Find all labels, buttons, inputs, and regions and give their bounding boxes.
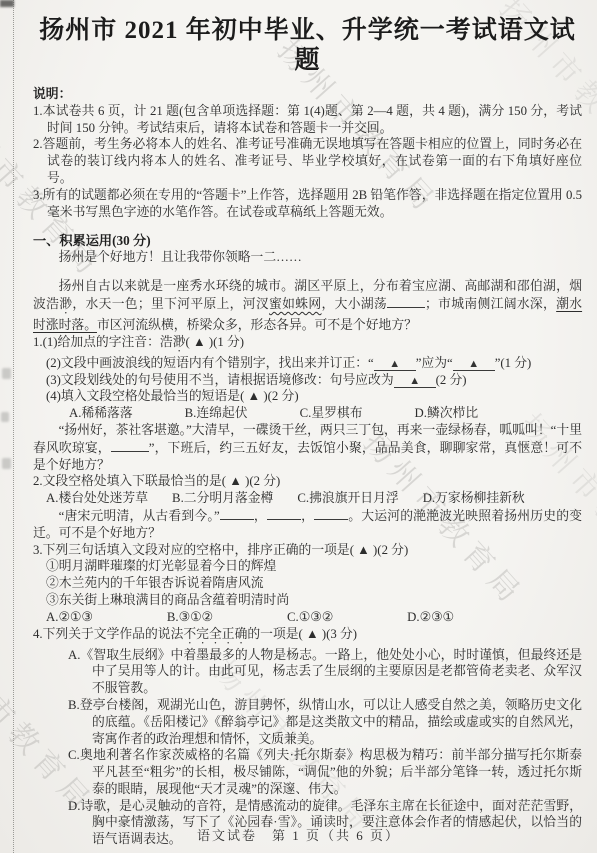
question-1-3: (3)文段划线处的句号使用不当，请根据语境修改：句号应改为▲(2 分) <box>46 372 582 389</box>
passage-1: 扬州自古以来就是一座秀水环绕的城市。湖区平原上，分布着宝应湖、高邮湖和邵伯湖，烟… <box>33 278 582 334</box>
option-c: C.①③② <box>287 609 333 626</box>
passage-3: “唐宋元明清，从古看到今。”，，。大运河的滟滟波光映照着扬州历史的变迁。可不是个… <box>33 507 582 542</box>
question-1-4: (4)填入文段空格处最恰当的短语是( ▲ )(2 分) <box>46 388 582 405</box>
option-a: A.稀稀落落 <box>69 405 133 422</box>
answer-blank-triangle: ▲ <box>394 375 436 388</box>
fill-blank-line <box>314 507 348 520</box>
question-2: 2.文段空格处填入下联最恰当的是( ▲ )(2 分) <box>33 473 582 490</box>
question-1-2: (2)文段中画波浪线的短语内有个错别字，找出来并订正：“▲”应为“▲”(1 分) <box>46 355 582 372</box>
passage-1-text: ；市城南侧江阔水深， <box>425 297 556 311</box>
question-1-3-text: (2 分) <box>436 373 467 387</box>
question-1-3-text: (3)文段划线处的句号使用不当，请根据语境修改：句号应改为 <box>46 373 394 387</box>
question-1-2-text: (2)文段中画波浪线的短语内有个错别字，找出来并订正：“ <box>46 356 374 370</box>
question-4-text: 4.下列关于文学作品的说法 <box>33 627 183 641</box>
passage-1-text: 市区河流纵横，桥梁众多，形态各异。可不是个好地方？ <box>97 318 417 332</box>
question-3-item-3: ③东关街上琳琅满目的商品含蕴着明清时尚 <box>46 592 582 609</box>
question-4-option-b: B.登亭台楼阁，观湖光山色，游目骋怀，纵情山水，可以让人感受自然之美，领略历史文… <box>68 697 582 747</box>
dotted-char-miao: 渺 <box>59 297 72 311</box>
option-a: A.②①③ <box>46 609 93 626</box>
fill-blank-line <box>387 295 425 308</box>
question-4: 4.下列关于文学作品的说法不完全正确的一项是( ▲ )(3 分) <box>33 626 582 647</box>
paper-content: 扬州市 2021 年初中毕业、升学统一考试语文试题 说明： 1.本试卷共 6 页… <box>0 0 597 848</box>
fill-blank-line <box>267 507 301 520</box>
question-3-options: A.②①③ B.③①② C.①③② D.②③① <box>46 609 582 626</box>
option-a: A.楼台处处迷芳草 <box>46 490 148 507</box>
instruction-item-1: 1.本试卷共 6 页，计 21 题(包含单项选择题：第 1(4)题、第 2—4 … <box>33 103 582 137</box>
answer-blank-triangle: ▲ <box>453 358 495 371</box>
instruction-item-2: 2.答题前，考生务必将本人的姓名、准考证号准确无误地填写在答题卡相应的位置上，同… <box>33 136 582 186</box>
page-footer: 语文试卷 第 1 页（共 6 页） <box>0 825 597 844</box>
question-1-1-text: ( ▲ )(1 分) <box>186 335 245 349</box>
passage-3-text: “唐宋元明清，从古看到今。” <box>59 509 220 523</box>
passage-1-text: ，水天一色；里下河平原上，河汊 <box>72 297 269 311</box>
dotted-emphasis-phrase: 不完全正确 <box>183 627 247 641</box>
question-2-options: A.楼台处处迷芳草 B.二分明月落金樽 C.拂浪旗开日月浮 D.万家杨柳挂新秋 <box>46 490 582 507</box>
paper-title: 扬州市 2021 年初中毕业、升学统一考试语文试题 <box>33 16 582 76</box>
question-1-1-text: 1.(1)给加点的字注音：浩 <box>33 335 173 349</box>
fill-blank-line <box>111 439 149 452</box>
exam-paper-page: 扬州市教育局 扬州市教育局 扬州市教育局 扬州市教育局 扬州市教育局 扬州市教育… <box>0 0 597 853</box>
question-1-2-text: ”(1 分) <box>495 356 532 370</box>
option-d: D.②③① <box>407 609 454 626</box>
question-1-1: 1.(1)给加点的字注音：浩渺( ▲ )(1 分) <box>33 334 582 355</box>
option-b: B.③①② <box>167 609 213 626</box>
question-4-option-c: C.奥地利著名作家茨威格的名篇《列夫·托尔斯泰》构思极为精巧：前半部分描写托尔斯… <box>68 747 582 797</box>
section-intro: 扬州是个好地方！且让我带你领略一二…… <box>33 249 582 266</box>
instructions-heading: 说明： <box>33 86 582 103</box>
passage-1-text: ，大小湖荡 <box>321 297 387 311</box>
wavy-underlined-phrase: 蜜如蛛网 <box>269 297 321 311</box>
question-3-item-1: ①明月湖畔璀璨的灯光彰显着今日的辉煌 <box>46 558 582 575</box>
passage-2: “扬州好，茶社客堪邀。”大清早，一碟烫干丝，两只三丁包，再来一壶绿杨春，呱呱叫！… <box>33 422 582 473</box>
option-c: C.拂浪旗开日月浮 <box>297 490 398 507</box>
option-d: D.鳞次栉比 <box>415 405 479 422</box>
question-1-2-text: ”应为“ <box>416 356 453 370</box>
passage-3-text: ， <box>301 509 314 523</box>
instruction-item-3: 3.所有的试题都必须在专用的“答题卡”上作答，选择题用 2B 铅笔作答，非选择题… <box>33 187 582 221</box>
option-b: B.连绵起伏 <box>185 405 248 422</box>
question-3: 3.下列三句话填入文段对应的空格中，排序正确的一项是( ▲ )(2 分) <box>33 542 582 559</box>
question-1-options: A.稀稀落落 B.连绵起伏 C.星罗棋布 D.鳞次栉比 <box>69 405 582 422</box>
passage-3-text: ， <box>254 509 267 523</box>
question-4-option-a: A.《智取生辰纲》中着墨最多的人物是杨志。一路上，他处处小心，时时谨慎，但最终还… <box>68 647 582 697</box>
question-3-item-2: ②木兰苑内的千年银杏诉说着隋唐风流 <box>46 575 582 592</box>
option-b: B.二分明月落金樽 <box>172 490 273 507</box>
question-4-text: 的一项是( ▲ )(3 分) <box>247 627 357 641</box>
dotted-char-miao: 渺 <box>173 335 186 349</box>
option-d: D.万家杨柳挂新秋 <box>423 490 525 507</box>
answer-blank-triangle: ▲ <box>374 358 416 371</box>
section-heading: 一、积累运用(30 分) <box>33 232 582 249</box>
fill-blank-line <box>220 507 254 520</box>
option-c: C.星罗棋布 <box>300 405 363 422</box>
